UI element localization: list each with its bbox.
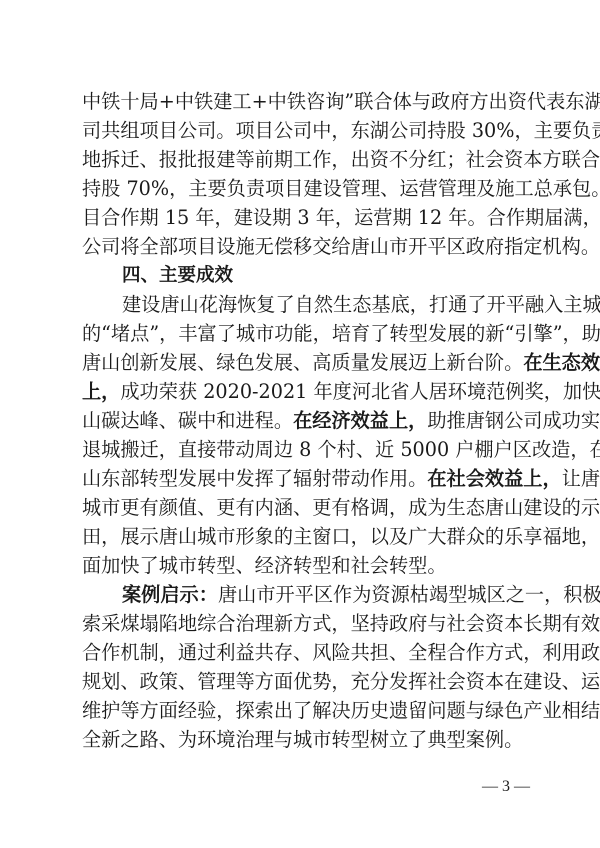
text-line: 公司将全部项目设施无偿移交给唐山市开平区政府指定机构。 xyxy=(82,232,523,261)
text-line: 的“堵点”，丰富了城市功能，培育了转型发展的新“引擎”，助推 xyxy=(82,319,523,348)
text-run: 山碳达峰、碳中和进程。 xyxy=(82,409,293,432)
paragraph-project-structure: 中铁十局+中铁建工+中铁咨询”联合体与政府方出资代表东湖公 司共组项目公司。项目… xyxy=(82,87,523,261)
text-run: 唐山市开平区作为资源枯竭型城区之一，积极探 xyxy=(218,583,600,606)
text-line: 田，展示唐山城市形象的主窗口，以及广大群众的乐享福地，全 xyxy=(82,522,523,551)
text-line: 维护等方面经验，探索出了解决历史遗留问题与绿色产业相结合 xyxy=(82,696,523,725)
text-line: 山东部转型发展中发挥了辐射带动作用。在社会效益上，让唐山 xyxy=(82,464,523,493)
text-line: 山碳达峰、碳中和进程。在经济效益上，助推唐钢公司成功实现 xyxy=(82,406,523,435)
document-body: 中铁十局+中铁建工+中铁咨询”联合体与政府方出资代表东湖公 司共组项目公司。项目… xyxy=(82,87,523,754)
text-line: 面加快了城市转型、经济转型和社会转型。 xyxy=(82,551,523,580)
text-line: 上，成功荣获 2020-2021 年度河北省人居环境范例奖，加快了唐 xyxy=(82,377,523,406)
paragraph-main-results: 建设唐山花海恢复了自然生态基底，打通了开平融入主城区 的“堵点”，丰富了城市功能… xyxy=(82,290,523,580)
text-line: 中铁十局+中铁建工+中铁咨询”联合体与政府方出资代表东湖公 xyxy=(82,87,523,116)
bold-run-social-benefit: 在社会效益上， xyxy=(427,467,561,490)
text-line: 索采煤塌陷地综合治理新方式，坚持政府与社会资本长期有效的 xyxy=(82,609,523,638)
text-run: 唐山创新发展、绿色发展、高质量发展迈上新台阶。 xyxy=(82,351,523,374)
case-insight-label: 案例启示： xyxy=(122,583,218,606)
page-number: — 3 — xyxy=(482,778,530,796)
text-line: 合作机制，通过利益共存、风险共担、全程合作方式，利用政府 xyxy=(82,638,523,667)
text-line: 案例启示：唐山市开平区作为资源枯竭型城区之一，积极探 xyxy=(82,580,523,609)
text-line: 建设唐山花海恢复了自然生态基底，打通了开平融入主城区 xyxy=(82,290,523,319)
section-heading: 四、主要成效 xyxy=(82,261,523,290)
text-run: 助推唐钢公司成功实现 xyxy=(427,409,600,432)
bold-run-ecological-benefit: 在生态效益 xyxy=(523,351,600,374)
document-page: 中铁十局+中铁建工+中铁咨询”联合体与政府方出资代表东湖公 司共组项目公司。项目… xyxy=(0,0,600,848)
text-line: 唐山创新发展、绿色发展、高质量发展迈上新台阶。在生态效益 xyxy=(82,348,523,377)
text-line: 地拆迁、报批报建等前期工作，出资不分红；社会资本方联合体 xyxy=(82,145,523,174)
paragraph-case-insight: 案例启示：唐山市开平区作为资源枯竭型城区之一，积极探 索采煤塌陷地综合治理新方式… xyxy=(82,580,523,754)
text-line: 城市更有颜值、更有内涵、更有格调，成为生态唐山建设的示范 xyxy=(82,493,523,522)
text-line: 持股 70%，主要负责项目建设管理、运营管理及施工总承包。项 xyxy=(82,174,523,203)
text-line: 全新之路、为环境治理与城市转型树立了典型案例。 xyxy=(82,725,523,754)
text-line: 退城搬迁，直接带动周边 8 个村、近 5000 户棚户区改造，在唐 xyxy=(82,435,523,464)
text-line: 目合作期 15 年，建设期 3 年，运营期 12 年。合作期届满，项目 xyxy=(82,203,523,232)
bold-run: 上， xyxy=(82,380,120,403)
text-line: 司共组项目公司。项目公司中，东湖公司持股 30%，主要负责征 xyxy=(82,116,523,145)
text-line: 规划、政策、管理等方面优势，充分发挥社会资本在建设、运营、 xyxy=(82,667,523,696)
text-run: 成功荣获 2020-2021 年度河北省人居环境范例奖，加快了唐 xyxy=(120,380,600,403)
text-run: 山东部转型发展中发挥了辐射带动作用。 xyxy=(82,467,427,490)
text-run: 让唐山 xyxy=(562,467,600,490)
bold-run-economic-benefit: 在经济效益上， xyxy=(293,409,427,432)
